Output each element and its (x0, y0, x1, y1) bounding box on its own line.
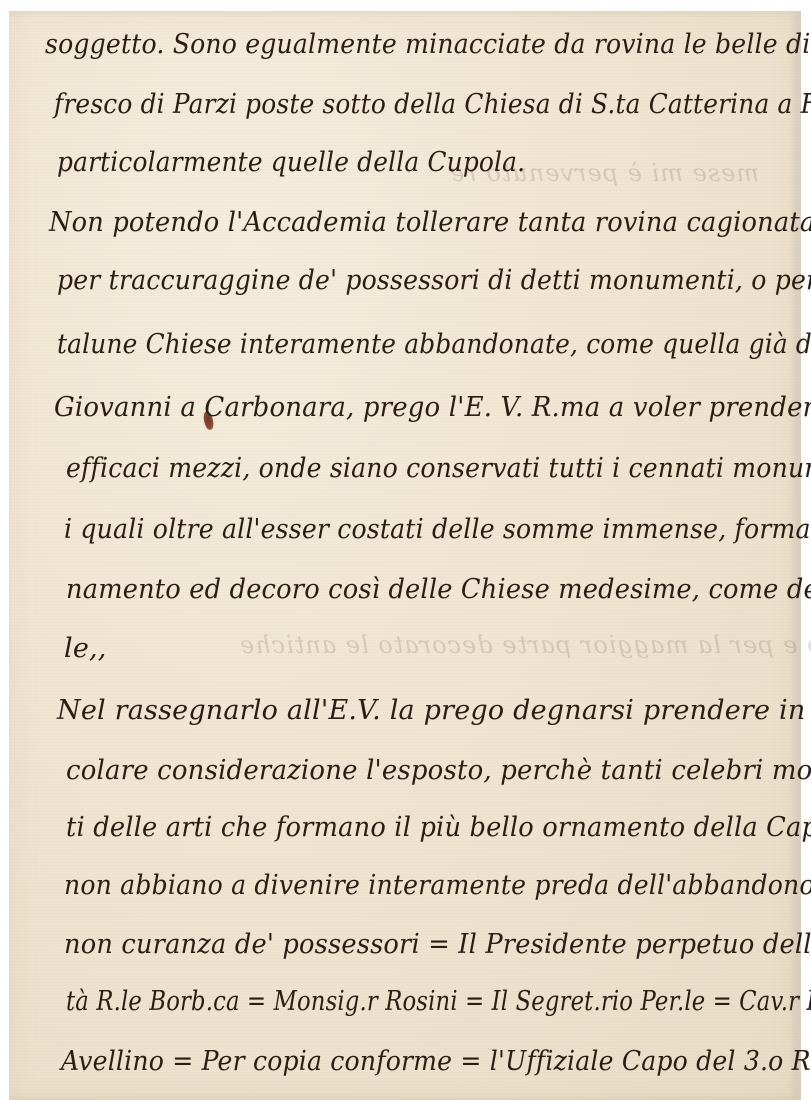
manuscript-page: mese mi è pervenuto re un tutto esposto … (9, 11, 801, 1100)
manuscript-line: efficaci mezzi, onde siano conservati tu… (66, 455, 811, 482)
manuscript-line: talune Chiese interamente abbandonate, c… (57, 331, 811, 358)
manuscript-line: fresco di Parzi poste sotto della Chiesa… (54, 91, 811, 118)
manuscript-line: Non potendo l'Accademia tollerare tanta … (49, 209, 811, 236)
manuscript-line: Avellino = Per copia conforme = l'Uffizi… (61, 1048, 811, 1075)
manuscript-line: Nel rassegnarlo all'E.V. la prego degnar… (57, 697, 811, 724)
manuscript-line: i quali oltre all'esser costati delle so… (64, 516, 811, 543)
manuscript-line: colare considerazione l'esposto, perchè … (66, 757, 811, 784)
manuscript-line: ti delle arti che formano il più bello o… (66, 814, 811, 841)
manuscript-line: le,, (64, 635, 811, 662)
manuscript-line: tà R.le Borb.ca = Monsig.r Rosini = Il S… (66, 988, 811, 1015)
manuscript-line: particolarmente quelle della Cupola. (57, 149, 811, 176)
manuscript-line: non abbiano a divenire interamente preda… (64, 872, 811, 899)
manuscript-line: soggetto. Sono egualmente minacciate da … (45, 31, 811, 58)
manuscript-line: per traccuraggine de' possessori di dett… (57, 267, 811, 294)
manuscript-line: namento ed decoro così delle Chiese mede… (66, 576, 811, 603)
manuscript-line: non curanza de' possessori = Il Presiden… (64, 931, 811, 958)
manuscript-line: Giovanni a Carbonara, prego l'E. V. R.ma… (54, 394, 811, 421)
